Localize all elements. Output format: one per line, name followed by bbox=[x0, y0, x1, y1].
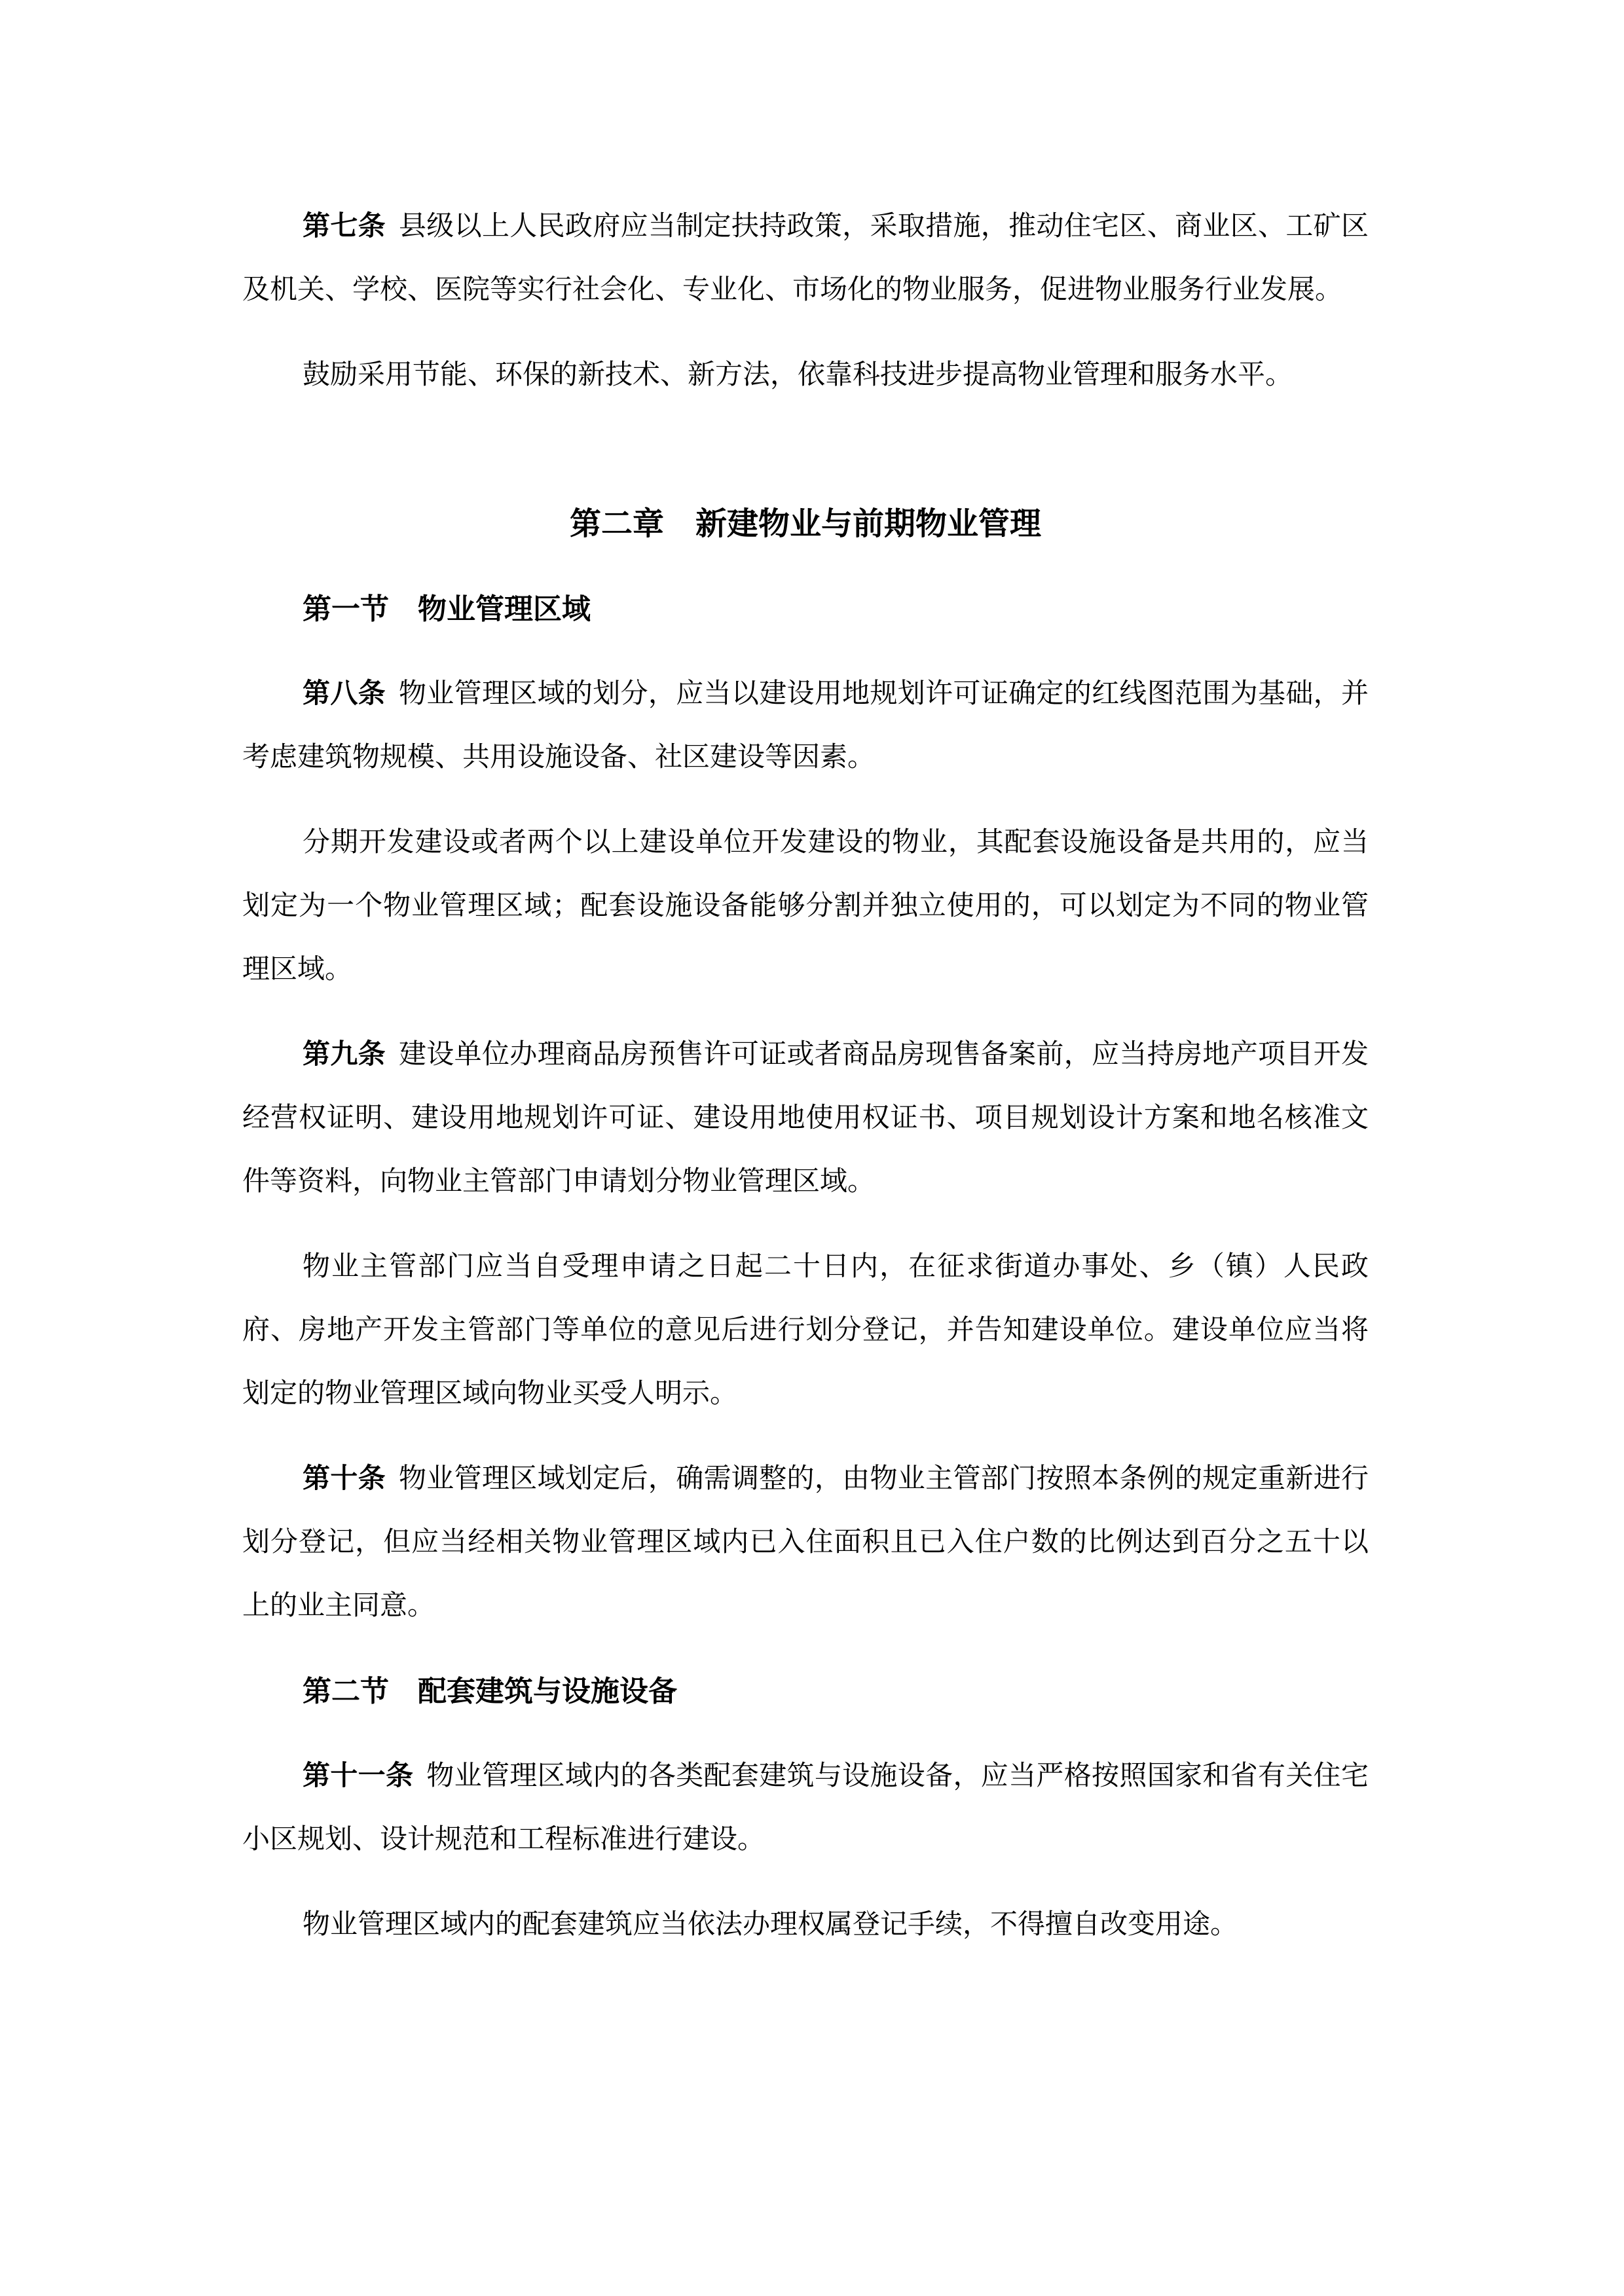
paragraph-text: 物业管理区域的划分，应当以建设用地规划许可证确定的红线图范围为基础，并考虑建筑物… bbox=[242, 679, 1369, 773]
paragraph: 分期开发建设或者两个以上建设单位开发建设的物业，其配套设施设备是共用的，应当划定… bbox=[242, 811, 1369, 1002]
paragraph-text: 分期开发建设或者两个以上建设单位开发建设的物业，其配套设施设备是共用的，应当划定… bbox=[242, 828, 1369, 985]
paragraph-text: 物业主管部门应当自受理申请之日起二十日内，在征求街道办事处、乡（镇）人民政府、房… bbox=[242, 1252, 1369, 1409]
paragraph-article-11: 第十一条物业管理区域内的各类配套建筑与设施设备，应当严格按照国家和省有关住宅小区… bbox=[242, 1745, 1369, 1872]
document-content: 第七条县级以上人民政府应当制定扶持政策，采取措施，推动住宅区、商业区、工矿区及机… bbox=[242, 0, 1369, 1957]
article-number: 第十条 bbox=[303, 1464, 386, 1494]
paragraph-text: 县级以上人民政府应当制定扶持政策，采取措施，推动住宅区、商业区、工矿区及机关、学… bbox=[242, 211, 1369, 305]
paragraph-text: 鼓励采用节能、环保的新技术、新方法，依靠科技进步提高物业管理和服务水平。 bbox=[303, 360, 1293, 390]
paragraph: 物业主管部门应当自受理申请之日起二十日内，在征求街道办事处、乡（镇）人民政府、房… bbox=[242, 1235, 1369, 1426]
paragraph-article-10: 第十条物业管理区域划定后，确需调整的，由物业主管部门按照本条例的规定重新进行划分… bbox=[242, 1448, 1369, 1638]
paragraph-text: 物业管理区域内的配套建筑应当依法办理权属登记手续，不得擅自改变用途。 bbox=[303, 1910, 1238, 1940]
paragraph: 鼓励采用节能、环保的新技术、新方法，依靠科技进步提高物业管理和服务水平。 bbox=[242, 344, 1369, 407]
article-number: 第九条 bbox=[303, 1040, 386, 1070]
paragraph-text: 建设单位办理商品房预售许可证或者商品房现售备案前，应当持房地产项目开发经营权证明… bbox=[242, 1040, 1369, 1197]
section-heading-1: 第一节 物业管理区域 bbox=[242, 577, 1369, 641]
document-page: { "page": { "background_color": "#ffffff… bbox=[0, 0, 1624, 2296]
paragraph-article-8: 第八条物业管理区域的划分，应当以建设用地规划许可证确定的红线图范围为基础，并考虑… bbox=[242, 663, 1369, 790]
paragraph-article-9: 第九条建设单位办理商品房预售许可证或者商品房现售备案前，应当持房地产项目开发经营… bbox=[242, 1023, 1369, 1214]
article-number: 第八条 bbox=[303, 679, 386, 709]
paragraph-article-7: 第七条县级以上人民政府应当制定扶持政策，采取措施，推动住宅区、商业区、工矿区及机… bbox=[242, 195, 1369, 322]
paragraph: 物业管理区域内的配套建筑应当依法办理权属登记手续，不得擅自改变用途。 bbox=[242, 1893, 1369, 1957]
chapter-heading: 第二章 新建物业与前期物业管理 bbox=[242, 492, 1369, 556]
article-number: 第十一条 bbox=[303, 1761, 413, 1791]
paragraph-text: 物业管理区域划定后，确需调整的，由物业主管部门按照本条例的规定重新进行划分登记，… bbox=[242, 1464, 1369, 1621]
section-heading-2: 第二节 配套建筑与设施设备 bbox=[242, 1660, 1369, 1723]
article-number: 第七条 bbox=[303, 211, 386, 242]
